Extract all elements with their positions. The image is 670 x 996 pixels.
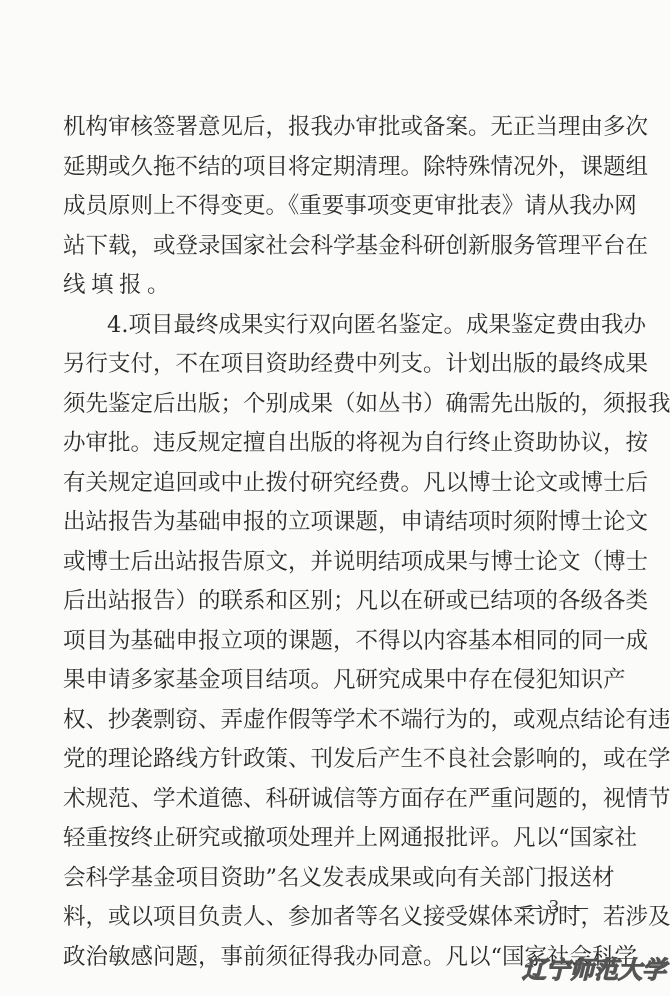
text-line: 果申请多家基金项目结项。凡研究成果中存在侵犯知识产 (63, 661, 591, 701)
text-line: 后出站报告）的联系和区别；凡以在研或已结项的各级各类 (63, 582, 591, 622)
text-line: 办审批。违反规定擅自出版的将视为自行终止资助协议，按 (63, 424, 591, 464)
text-line: 延期或久拖不结的项目将定期清理。除特殊情况外，课题组 (63, 148, 591, 188)
university-watermark: 辽宁师范大学 (522, 950, 666, 985)
text-line: 党的理论路线方针政策、刊发后产生不良社会影响的，或在学 (63, 740, 591, 780)
text-line: 或博士后出站报告原文，并说明结项成果与博士论文（博士 (63, 543, 591, 583)
text-line: 轻重按终止研究或撤项处理并上网通报批评。凡以“国家社 (63, 819, 591, 859)
text-line: 线填报。 (63, 266, 591, 306)
text-line: 料，或以项目负责人、参加者等名义接受媒体采访时，若涉及 (63, 898, 591, 938)
text-line: 有关规定追回或中止拨付研究经费。凡以博士论文或博士后 (63, 464, 591, 504)
text-line: 机构审核签署意见后，报我办审批或备案。无正当理由多次 (63, 108, 591, 148)
text-line: 会科学基金项目资助”名义发表成果或向有关部门报送材 (63, 859, 591, 899)
text-line: 站下载，或登录国家社会科学基金科研创新服务管理平台在 (63, 227, 591, 267)
page-number: — 3 — (520, 896, 590, 919)
text-line: 政治敏感问题，事前须征得我办同意。凡以“国家社会科学 (63, 938, 591, 978)
text-line: 项目为基础申报立项的课题，不得以内容基本相同的同一成 (63, 622, 591, 662)
document-page: 机构审核签署意见后，报我办审批或备案。无正当理由多次 延期或久拖不结的项目将定期… (0, 0, 670, 996)
text-line: 术规范、学术道德、科研诚信等方面存在严重问题的，视情节 (63, 780, 591, 820)
text-line: 权、抄袭剽窃、弄虚作假等学术不端行为的，或观点结论有违 (63, 701, 591, 741)
text-line: 须先鉴定后出版；个别成果（如丛书）确需先出版的，须报我 (63, 385, 591, 425)
text-line: 出站报告为基础申报的立项课题，申请结项时须附博士论文 (63, 503, 591, 543)
text-line: 另行支付，不在项目资助经费中列支。计划出版的最终成果 (63, 345, 591, 385)
text-line: 成员原则上不得变更。《重要事项变更审批表》请从我办网 (63, 187, 591, 227)
body-text: 机构审核签署意见后，报我办审批或备案。无正当理由多次 延期或久拖不结的项目将定期… (63, 108, 591, 977)
text-line: 4.项目最终成果实行双向匿名鉴定。成果鉴定费由我办 (63, 306, 591, 346)
